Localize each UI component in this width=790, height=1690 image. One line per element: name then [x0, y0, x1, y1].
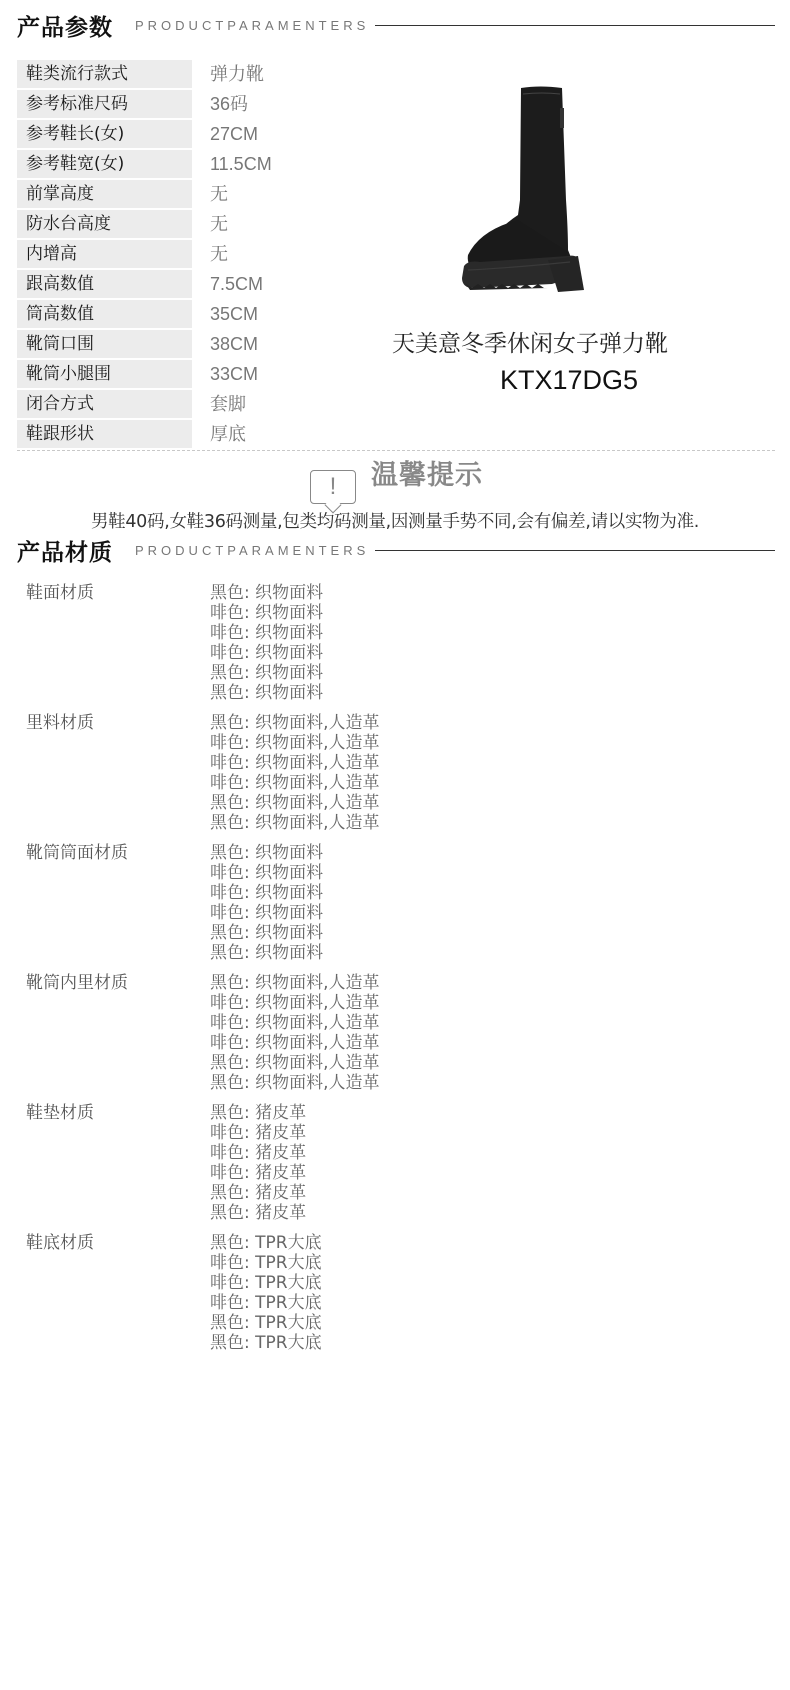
param-value: 7.5CM [192, 270, 263, 300]
param-row: 筒高数值35CM [17, 300, 377, 330]
material-value: 黑色: 织物面料 [210, 923, 323, 943]
params-table: 鞋类流行款式弹力靴 参考标准尺码36码 参考鞋长(女)27CM 参考鞋宽(女)1… [17, 60, 377, 450]
material-value: 黑色: 织物面料,人造革 [210, 793, 380, 813]
material-value: 黑色: 织物面料,人造革 [210, 973, 380, 993]
material-label: 鞋面材质 [17, 583, 210, 703]
param-label: 筒高数值 [17, 300, 192, 328]
param-row: 参考鞋长(女)27CM [17, 120, 377, 150]
material-value: 啡色: 织物面料 [210, 883, 323, 903]
param-row: 参考标准尺码36码 [17, 90, 377, 120]
param-row: 跟高数值7.5CM [17, 270, 377, 300]
material-value: 黑色: 织物面料 [210, 843, 323, 863]
material-value: 啡色: 织物面料 [210, 623, 323, 643]
param-value: 厚底 [192, 420, 246, 450]
param-row: 前掌高度无 [17, 180, 377, 210]
material-group: 靴筒筒面材质 黑色: 织物面料 啡色: 织物面料 啡色: 织物面料 啡色: 织物… [17, 843, 717, 963]
material-label: 鞋垫材质 [17, 1103, 210, 1223]
param-value: 33CM [192, 360, 258, 390]
material-group: 里料材质 黑色: 织物面料,人造革 啡色: 织物面料,人造革 啡色: 织物面料,… [17, 713, 717, 833]
header-divider-line [375, 550, 775, 551]
material-values: 黑色: TPR大底 啡色: TPR大底 啡色: TPR大底 啡色: TPR大底 … [210, 1233, 322, 1353]
param-label: 内增高 [17, 240, 192, 268]
param-label: 跟高数值 [17, 270, 192, 298]
material-values: 黑色: 猪皮革 啡色: 猪皮革 啡色: 猪皮革 啡色: 猪皮革 黑色: 猪皮革 … [210, 1103, 306, 1223]
param-row: 内增高无 [17, 240, 377, 270]
param-value: 11.5CM [192, 150, 272, 180]
material-value: 啡色: 织物面料,人造革 [210, 1033, 380, 1053]
material-value: 啡色: 猪皮革 [210, 1163, 306, 1183]
material-value: 啡色: 织物面料,人造革 [210, 993, 380, 1013]
product-image [440, 80, 600, 305]
material-values: 黑色: 织物面料,人造革 啡色: 织物面料,人造革 啡色: 织物面料,人造革 啡… [210, 973, 380, 1093]
material-value: 啡色: TPR大底 [210, 1293, 322, 1313]
param-label: 前掌高度 [17, 180, 192, 208]
param-label: 参考标准尺码 [17, 90, 192, 118]
tip-title: 温馨提示 [371, 453, 483, 492]
param-row: 闭合方式套脚 [17, 390, 377, 420]
material-value: 黑色: 织物面料 [210, 943, 323, 963]
param-label: 防水台高度 [17, 210, 192, 238]
materials-list: 鞋面材质 黑色: 织物面料 啡色: 织物面料 啡色: 织物面料 啡色: 织物面料… [17, 583, 717, 1363]
param-label: 鞋跟形状 [17, 420, 192, 448]
param-row: 鞋跟形状厚底 [17, 420, 377, 450]
param-row: 防水台高度无 [17, 210, 377, 240]
material-values: 黑色: 织物面料,人造革 啡色: 织物面料,人造革 啡色: 织物面料,人造革 啡… [210, 713, 380, 833]
material-values: 黑色: 织物面料 啡色: 织物面料 啡色: 织物面料 啡色: 织物面料 黑色: … [210, 583, 323, 703]
param-value: 38CM [192, 330, 258, 360]
material-value: 啡色: 织物面料,人造革 [210, 1013, 380, 1033]
param-label: 参考鞋长(女) [17, 120, 192, 148]
param-value: 35CM [192, 300, 258, 330]
material-value: 啡色: 织物面料,人造革 [210, 753, 380, 773]
material-value: 黑色: 织物面料,人造革 [210, 813, 380, 833]
param-value: 27CM [192, 120, 258, 150]
material-label: 里料材质 [17, 713, 210, 833]
param-value: 无 [192, 180, 228, 210]
material-value: 啡色: TPR大底 [210, 1253, 322, 1273]
tip-text: 男鞋40码,女鞋36码测量,包类均码测量,因测量手势不同,会有偏差,请以实物为准… [0, 508, 790, 533]
material-label: 鞋底材质 [17, 1233, 210, 1353]
param-label: 参考鞋宽(女) [17, 150, 192, 178]
material-value: 黑色: 猪皮革 [210, 1203, 306, 1223]
params-section-subtitle: PRODUCTPARAMENTERS [135, 18, 369, 33]
material-group: 靴筒内里材质 黑色: 织物面料,人造革 啡色: 织物面料,人造革 啡色: 织物面… [17, 973, 717, 1093]
material-value: 黑色: TPR大底 [210, 1333, 322, 1353]
param-label: 靴筒小腿围 [17, 360, 192, 388]
param-value: 套脚 [192, 390, 246, 420]
material-value: 啡色: 织物面料 [210, 903, 323, 923]
params-section-title: 产品参数 [17, 9, 113, 42]
material-value: 黑色: 织物面料 [210, 683, 323, 703]
materials-section-subtitle: PRODUCTPARAMENTERS [135, 543, 369, 558]
material-value: 啡色: 织物面料,人造革 [210, 733, 380, 753]
params-section-header: 产品参数 PRODUCTPARAMENTERS [17, 10, 777, 40]
material-label: 靴筒内里材质 [17, 973, 210, 1093]
materials-section-header: 产品材质 PRODUCTPARAMENTERS [17, 535, 777, 565]
material-value: 啡色: 织物面料,人造革 [210, 773, 380, 793]
material-values: 黑色: 织物面料 啡色: 织物面料 啡色: 织物面料 啡色: 织物面料 黑色: … [210, 843, 323, 963]
param-label: 鞋类流行款式 [17, 60, 192, 88]
param-row: 靴筒小腿围33CM [17, 360, 377, 390]
material-value: 黑色: 织物面料 [210, 583, 323, 603]
param-value: 无 [192, 240, 228, 270]
exclamation-glyph: ! [311, 473, 355, 501]
param-row: 鞋类流行款式弹力靴 [17, 60, 377, 90]
material-value: 黑色: TPR大底 [210, 1233, 322, 1253]
material-value: 啡色: TPR大底 [210, 1273, 322, 1293]
product-name: 天美意冬季休闲女子弹力靴 [360, 325, 700, 358]
material-value: 啡色: 织物面料 [210, 603, 323, 623]
dashed-divider [17, 450, 775, 451]
material-value: 黑色: 猪皮革 [210, 1103, 306, 1123]
material-label: 靴筒筒面材质 [17, 843, 210, 963]
material-group: 鞋底材质 黑色: TPR大底 啡色: TPR大底 啡色: TPR大底 啡色: T… [17, 1233, 717, 1353]
material-value: 啡色: 织物面料 [210, 643, 323, 663]
material-value: 黑色: TPR大底 [210, 1313, 322, 1333]
param-label: 闭合方式 [17, 390, 192, 418]
material-group: 鞋垫材质 黑色: 猪皮革 啡色: 猪皮革 啡色: 猪皮革 啡色: 猪皮革 黑色:… [17, 1103, 717, 1223]
param-row: 参考鞋宽(女)11.5CM [17, 150, 377, 180]
material-value: 黑色: 猪皮革 [210, 1183, 306, 1203]
param-label: 靴筒口围 [17, 330, 192, 358]
material-value: 啡色: 猪皮革 [210, 1123, 306, 1143]
header-divider-line [375, 25, 775, 26]
material-value: 黑色: 织物面料 [210, 663, 323, 683]
material-value: 黑色: 织物面料,人造革 [210, 1073, 380, 1093]
product-code: KTX17DG5 [360, 365, 760, 396]
param-value: 36码 [192, 90, 248, 120]
exclamation-icon: ! [310, 470, 356, 504]
materials-section-title: 产品材质 [17, 534, 113, 567]
param-value: 弹力靴 [192, 60, 264, 90]
boot-icon [440, 80, 600, 305]
material-value: 黑色: 织物面料,人造革 [210, 1053, 380, 1073]
param-value: 无 [192, 210, 228, 240]
material-value: 黑色: 织物面料,人造革 [210, 713, 380, 733]
material-group: 鞋面材质 黑色: 织物面料 啡色: 织物面料 啡色: 织物面料 啡色: 织物面料… [17, 583, 717, 703]
material-value: 啡色: 猪皮革 [210, 1143, 306, 1163]
param-row: 靴筒口围38CM [17, 330, 377, 360]
material-value: 啡色: 织物面料 [210, 863, 323, 883]
